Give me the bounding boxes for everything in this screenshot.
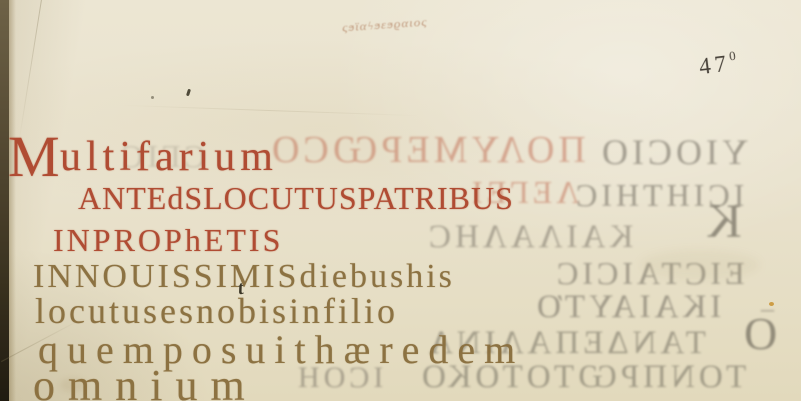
show-through-fragment: ΥΙΟϹΙΟ [598,134,748,170]
show-through-fragment: ΠΟΛΥΜΕΡѠϹΟ [268,131,586,169]
folio-number: 470 [697,48,738,80]
show-through-fragment: ΚΑΙΛΑΛΗϹ [425,221,633,254]
page-edge-highlight [9,0,16,401]
text-line-5: locutusesnobisinfilio [35,293,398,329]
decorated-initial: M [8,128,60,186]
parchment-stain [640,250,760,280]
show-through-fragment: ΙΚΑΙΑΥΤΌ [533,291,721,324]
show-through-fragment: Ο [740,311,777,357]
ink-speck [186,89,191,97]
parchment-crease [120,105,420,116]
folio-number-digits: 47 [698,51,732,80]
ink-speck [151,96,154,99]
parchment-crease [18,0,42,143]
page-edge-shadow [0,0,9,401]
parchment-stain [60,378,86,392]
folio-number-superscript: 0 [728,48,736,64]
text-line-4: INNOUISSIMISdiebushis [33,260,455,294]
show-through-fragment: Κ [703,198,742,246]
faint-header-annotation: ςϧϊαϟϧεϧϱαιος [342,11,483,35]
text-line-2: ANTEdSLOCUTUSPATRIBUS [78,182,514,214]
text-line-1: ultifarium [60,136,278,178]
text-line-3: INPROPhETIS [53,224,283,256]
pigment-dot [769,302,774,306]
manuscript-page: ςϧϊαϟϧεϧϱαιος 470 ΠΟΛΥΜΕΡѠϹΟ ΥΙΟϹΙΟ ϹΓΙϹ… [0,0,801,401]
